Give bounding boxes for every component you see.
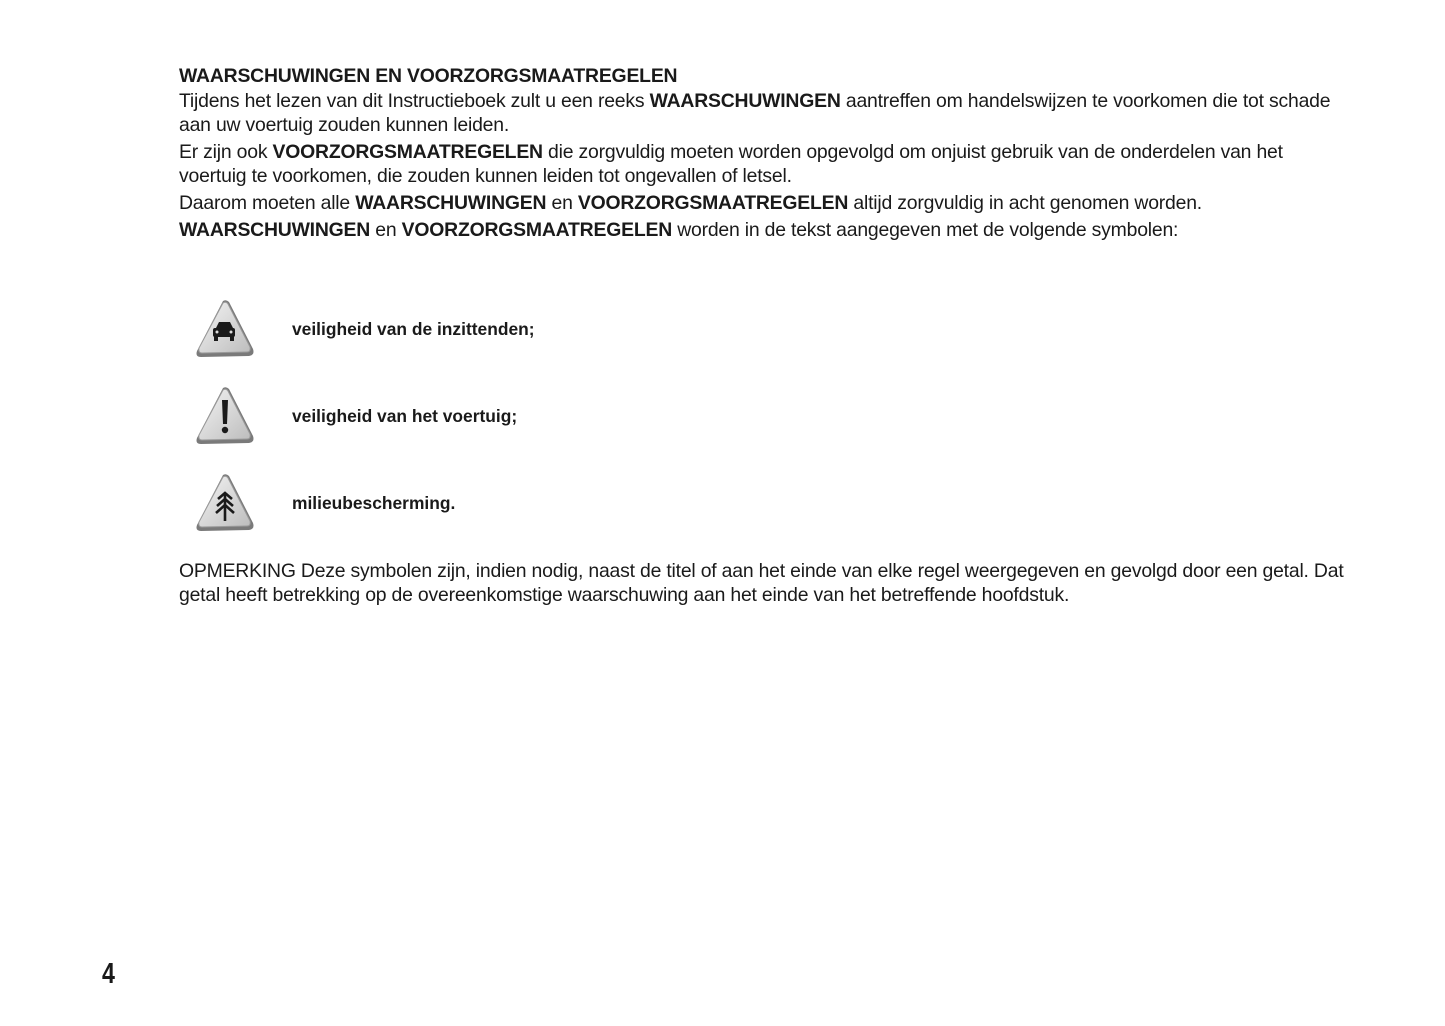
text: en xyxy=(370,219,402,241)
paragraph-warnings: Tijdens het lezen van dit Instructieboek… xyxy=(179,89,1349,137)
symbol-label: veiligheid van het voertuig; xyxy=(292,404,517,428)
text: Er zijn ook xyxy=(179,141,273,163)
symbol-item: veiligheid van het voertuig; xyxy=(179,372,1349,459)
note-paragraph: OPMERKING Deze symbolen zijn, indien nod… xyxy=(179,559,1349,607)
emphasis: WAARSCHUWINGEN xyxy=(650,90,841,112)
paragraph-always-observe: Daarom moeten alle WAARSCHUWINGEN en VOO… xyxy=(179,191,1349,215)
symbol-item: veiligheid van de inzittenden; xyxy=(179,285,1349,372)
text: Tijdens het lezen van dit Instructieboek… xyxy=(179,90,650,112)
symbol-item: milieubescherming. xyxy=(179,459,1349,546)
tree-warning-triangle-icon xyxy=(193,471,257,535)
text: worden in de tekst aangegeven met de vol… xyxy=(672,219,1178,241)
paragraph-precautions: Er zijn ook VOORZORGSMAATREGELEN die zor… xyxy=(179,140,1349,188)
text: en xyxy=(546,192,578,214)
emphasis: VOORZORGSMAATREGELEN xyxy=(578,192,848,214)
section-heading: WAARSCHUWINGEN EN VOORZORGSMAATREGELEN xyxy=(179,64,1349,88)
text: Daarom moeten alle xyxy=(179,192,355,214)
page-content: WAARSCHUWINGEN EN VOORZORGSMAATREGELEN T… xyxy=(179,64,1349,610)
emphasis: VOORZORGSMAATREGELEN xyxy=(402,219,672,241)
paragraph-symbols-intro: WAARSCHUWINGEN en VOORZORGSMAATREGELEN w… xyxy=(179,218,1349,242)
emphasis: WAARSCHUWINGEN xyxy=(355,192,546,214)
emphasis: VOORZORGSMAATREGELEN xyxy=(273,141,543,163)
car-warning-triangle-icon xyxy=(193,297,257,361)
symbol-label: veiligheid van de inzittenden; xyxy=(292,317,535,341)
symbol-label: milieubescherming. xyxy=(292,491,455,515)
symbol-list: veiligheid van de inzittenden; veilighei… xyxy=(179,285,1349,546)
page-number: 4 xyxy=(102,958,114,991)
emphasis: WAARSCHUWINGEN xyxy=(179,219,370,241)
exclamation-warning-triangle-icon xyxy=(193,384,257,448)
text: altijd zorgvuldig in acht genomen worden… xyxy=(848,192,1202,214)
